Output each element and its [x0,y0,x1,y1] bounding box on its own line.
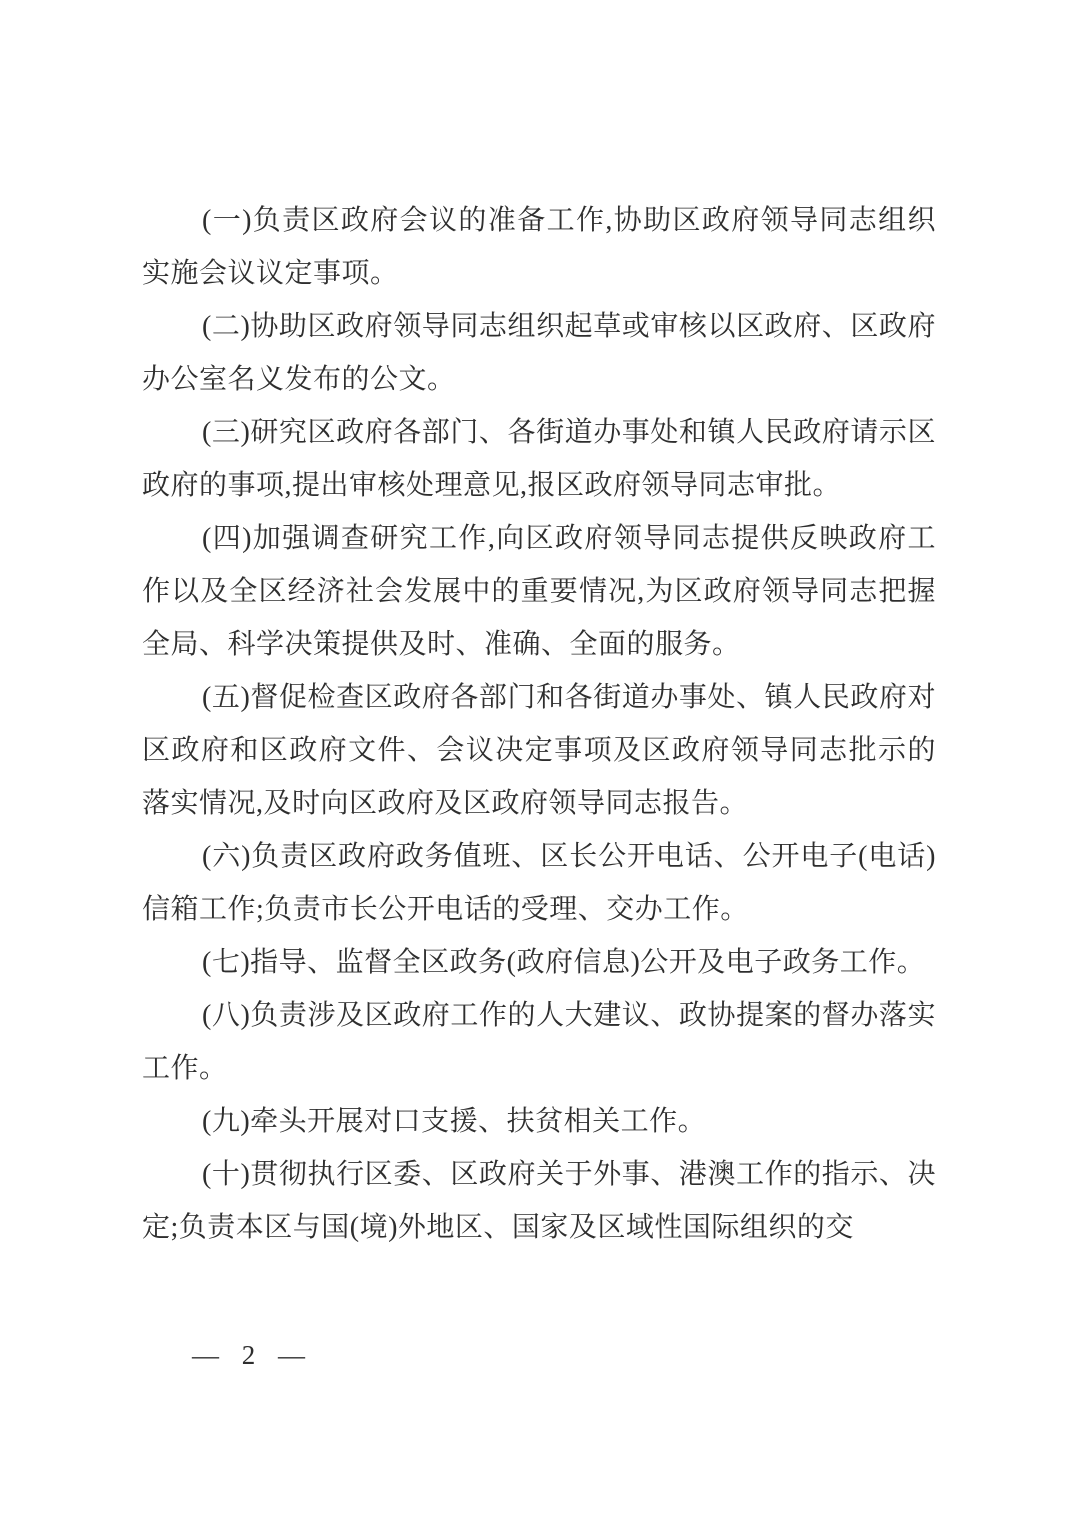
paragraph-item-4: (四)加强调查研究工作,向区政府领导同志提供反映政府工作以及全区经济社会发展中的… [142,512,936,671]
paragraph-item-3: (三)研究区政府各部门、各街道办事处和镇人民政府请示区政府的事项,提出审核处理意… [142,406,936,512]
page-number: — 2 — [192,1340,313,1371]
paragraph-item-10: (十)贯彻执行区委、区政府关于外事、港澳工作的指示、决定;负责本区与国(境)外地… [142,1148,936,1254]
paragraph-item-1: (一)负责区政府会议的准备工作,协助区政府领导同志组织实施会议议定事项。 [142,194,936,300]
paragraph-item-7: (七)指导、监督全区政务(政府信息)公开及电子政务工作。 [142,936,936,989]
paragraph-item-6: (六)负责区政府政务值班、区长公开电话、公开电子(电话)信箱工作;负责市长公开电… [142,830,936,936]
document-page: (一)负责区政府会议的准备工作,协助区政府领导同志组织实施会议议定事项。 (二)… [0,0,1074,1520]
paragraph-item-8: (八)负责涉及区政府工作的人大建议、政协提案的督办落实工作。 [142,989,936,1095]
document-body: (一)负责区政府会议的准备工作,协助区政府领导同志组织实施会议议定事项。 (二)… [142,194,936,1254]
paragraph-item-2: (二)协助区政府领导同志组织起草或审核以区政府、区政府办公室名义发布的公文。 [142,300,936,406]
paragraph-item-9: (九)牵头开展对口支援、扶贫相关工作。 [142,1095,936,1148]
paragraph-item-5: (五)督促检查区政府各部门和各街道办事处、镇人民政府对区政府和区政府文件、会议决… [142,671,936,830]
